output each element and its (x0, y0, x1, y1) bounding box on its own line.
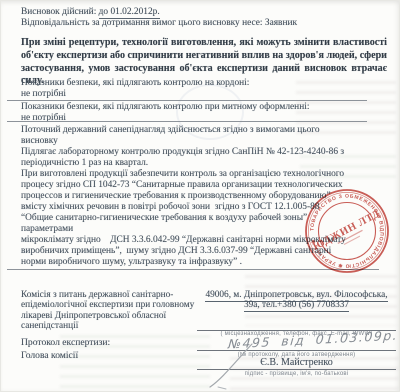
protocol-label: Протокол експертизи: (21, 337, 110, 348)
address-block: 49006, м. Дніпропетровськ, вул. Філософс… (197, 290, 396, 310)
warning-line: При зміні рецептури, технології виготовл… (21, 37, 387, 50)
separator-line (7, 100, 367, 101)
supervision-line: Поточний державний санепіднагляд здійсню… (21, 125, 387, 136)
warning-line: об'єкту експертизи або спричинити негати… (21, 50, 387, 63)
separator-line (7, 121, 367, 122)
production-control-line: При виготовлені продукції забезпечити ко… (21, 169, 387, 180)
customs-control-value: не потрібні (21, 113, 387, 124)
address-line: 49006, м. Дніпропетровськ, вул. Філософс… (197, 290, 396, 300)
commission-line: санепідстанції (21, 321, 203, 331)
chairman-label: Голова комісії (21, 350, 78, 361)
invalidation-warning: При зміні рецептури, технології виготовл… (21, 37, 387, 75)
supervision-line: висновку (21, 136, 387, 147)
scanned-document-page: Висновок дійсний: до 01.02.2012р. Відпов… (0, 0, 400, 392)
validity-label: Висновок дійсний: (21, 7, 96, 17)
validity-section: Висновок дійсний: до 01.02.2012р. Відпов… (21, 7, 387, 29)
customs-control-label: Показники безпеки, які підлягають контро… (21, 102, 387, 113)
commission-block: Комісія з питань державної санітарно- еп… (21, 290, 203, 331)
handwritten-signature (200, 335, 270, 390)
lab-control-line: Підлягає лабораторному контролю продукці… (21, 147, 387, 158)
border-control-label: Показники безпеки, які підлягають контро… (21, 78, 387, 89)
company-stamp: ТОВАРИСТВО З ОБМЕЖЕНОЮ ВІДПОВІДАЛЬНІСТЮ … (301, 185, 393, 277)
validity-line: Висновок дійсний: до 01.02.2012р. (21, 7, 387, 18)
address-line: 39а, тел.+380 (56) 7708337 (197, 300, 396, 310)
commission-line: епідеміологічної експертизи при головном… (21, 300, 203, 310)
lab-control-line: періодичністю 1 раз на квартал. (21, 158, 387, 169)
validity-date: до 01.02.2012р. (99, 7, 160, 19)
responsibility-line: Відповідальність за дотримання вимог цьо… (21, 18, 387, 29)
commission-line: Комісія з питань державної санітарно- (21, 290, 203, 300)
commission-line: лікареві Дніпропетровської обласної (21, 311, 203, 321)
border-control-section: Показники безпеки, які підлягають контро… (21, 78, 387, 100)
warning-line: застосування, умов застосування об'єкта … (21, 63, 387, 76)
border-control-value: не потрібні (21, 89, 387, 100)
